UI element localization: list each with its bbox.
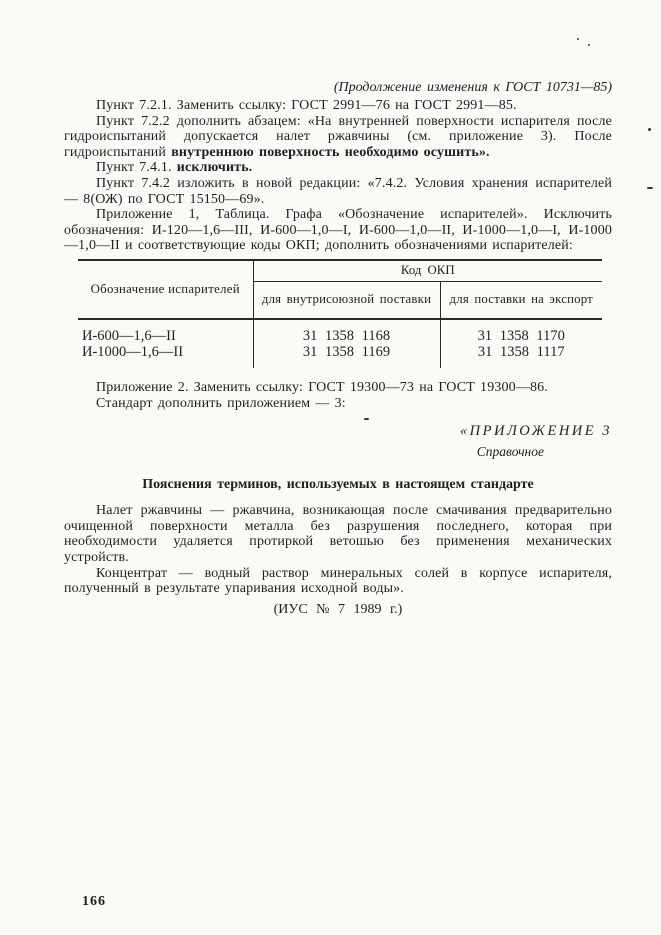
supplement-note: Стандарт дополнить приложением — 3: (64, 396, 612, 412)
page-content: (Продолжение изменения к ГОСТ 10731—85) … (64, 80, 612, 618)
clause-7-4-1-bold: исключить. (177, 160, 253, 175)
col-header-export-supply: для поставки на экспорт (440, 281, 602, 319)
page-number: 166 (82, 894, 106, 910)
cell-designation: И-600—1,6—II (78, 319, 253, 344)
clause-7-4-1: Пункт 7.4.1. исключить. (64, 160, 612, 176)
col-header-domestic-supply: для внутрисоюзной поставки (253, 281, 440, 319)
clause-7-4-2: Пункт 7.4.2 изложить в новой редакции: «… (64, 176, 612, 207)
appendix3-header: «ПРИЛОЖЕНИЕ 3 Справочное (64, 423, 612, 459)
scan-speck (364, 418, 369, 420)
col-header-okp-code: Код ОКП (253, 260, 602, 282)
term-concentrate-definition: Концентрат — водный раствор минеральных … (64, 566, 612, 597)
table-row: И-1000—1,6—II 31 1358 1169 31 1358 1117 (78, 344, 602, 368)
table-row: И-600—1,6—II 31 1358 1168 31 1358 1170 (78, 319, 602, 344)
col-header-designation: Обозначение испарителей (78, 260, 253, 319)
scan-speck (647, 187, 653, 189)
clause-7-4-1-text: Пункт 7.4.1. (96, 160, 177, 175)
clause-7-2-2-bold: внутреннюю поверхность необходимо осушит… (171, 145, 490, 160)
appendix1-amendment: Приложение 1, Таблица. Графа «Обозначени… (64, 207, 612, 254)
terms-heading: Пояснения терминов, используемых в насто… (64, 477, 612, 493)
appendix3-subtitle: Справочное (64, 444, 544, 459)
clause-7-2-1: Пункт 7.2.1. Заменить ссылку: ГОСТ 2991—… (64, 98, 612, 114)
term-rust-definition: Налет ржавчины — ржавчина, возникающая п… (64, 503, 612, 565)
table-header-row-1: Обозначение испарителей Код ОКП (78, 260, 602, 282)
clause-7-2-2: Пункт 7.2.2 дополнить абзацем: «На внутр… (64, 114, 612, 161)
cell-export-code: 31 1358 1117 (440, 344, 602, 368)
cell-export-code: 31 1358 1170 (440, 319, 602, 344)
scan-speck (588, 44, 590, 46)
scan-speck (648, 128, 651, 131)
scan-speck (577, 38, 579, 40)
ius-issue-note: (ИУС № 7 1989 г.) (64, 602, 612, 618)
appendix2-amendment: Приложение 2. Заменить ссылку: ГОСТ 1930… (64, 380, 612, 396)
appendix3-title: «ПРИЛОЖЕНИЕ 3 (64, 423, 612, 439)
cell-domestic-code: 31 1358 1168 (253, 319, 440, 344)
okp-codes-table: Обозначение испарителей Код ОКП для внут… (78, 259, 602, 368)
continuation-note: (Продолжение изменения к ГОСТ 10731—85) (64, 80, 612, 96)
scanned-page: { "page": { "continuation_note": "(Продо… (0, 0, 661, 935)
cell-designation: И-1000—1,6—II (78, 344, 253, 368)
cell-domestic-code: 31 1358 1169 (253, 344, 440, 368)
